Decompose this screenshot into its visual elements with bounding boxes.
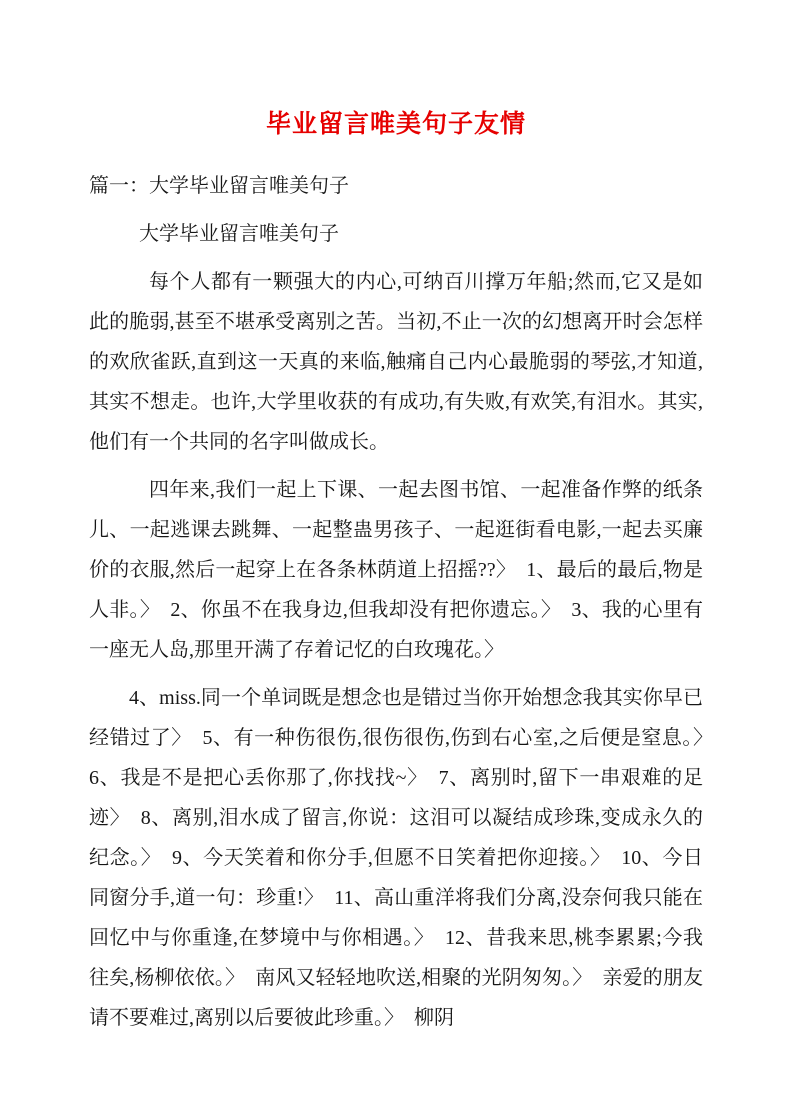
paragraph-body-3: 4、miss.同一个单词既是想念也是错过当你开始想念我其实你早已经错过了〉 5、… — [89, 678, 703, 1038]
paragraph-body-2: 四年来,我们一起上下课、一起去图书馆、一起准备作弊的纸条儿、一起逃课去跳舞、一起… — [89, 470, 703, 670]
paragraph-body-1: 每个人都有一颗强大的内心,可纳百川撑万年船;然而,它又是如此的脆弱,甚至不堪承受… — [89, 262, 703, 462]
document-body: 篇一：大学毕业留言唯美句子 大学毕业留言唯美句子 每个人都有一颗强大的内心,可纳… — [89, 166, 703, 1038]
document-page: 毕业留言唯美句子友情 篇一：大学毕业留言唯美句子 大学毕业留言唯美句子 每个人都… — [0, 0, 792, 1120]
document-title-text: 毕业留言唯美句子友情 — [266, 111, 526, 138]
paragraph-subtitle: 大学毕业留言唯美句子 — [89, 214, 703, 254]
document-title: 毕业留言唯美句子友情 — [0, 108, 792, 142]
paragraph-section-heading: 篇一：大学毕业留言唯美句子 — [89, 166, 703, 206]
